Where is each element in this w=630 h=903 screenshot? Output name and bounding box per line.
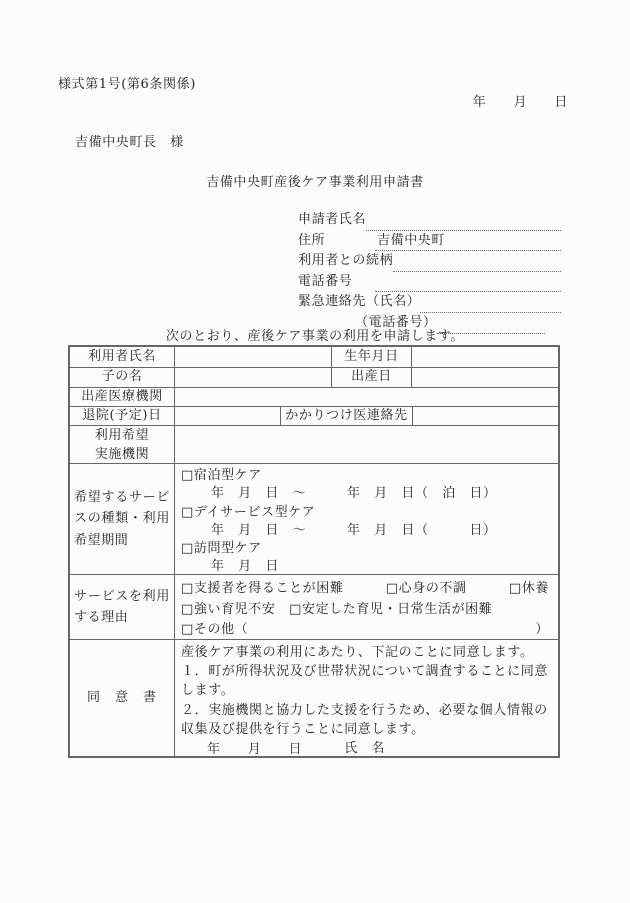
service-option-stay-period: 年 月 日 ～ 年 月 日（ 泊 日） <box>181 485 552 503</box>
service-option-stay: □宿泊型ケア <box>181 467 552 485</box>
table-row-consent: 同 意 書 産後ケア事業の利用にあたり、下記のことに同意します。 １．町が所得状… <box>70 639 558 756</box>
emergency-name-row: 緊急連絡先（氏名） <box>298 292 561 313</box>
reason-checkbox-other: □その他（ <box>181 620 248 639</box>
consent-label: 同 意 書 <box>70 640 174 756</box>
form-number: 様式第1号(第6条関係) <box>58 75 196 95</box>
postpartum-care-application-form: 様式第1号(第6条関係) 年 月 日 吉備中央町長 様 吉備中央町産後ケア事業利… <box>0 0 630 903</box>
child-name-cell <box>174 368 331 387</box>
relation-field <box>393 267 561 272</box>
reason-checkbox-unwell: □心身の不調 <box>386 579 467 600</box>
declaration-sentence: 次のとおり、産後ケア事業の利用を申請します。 <box>0 327 630 347</box>
hospital-label: 出産医療機関 <box>70 388 174 406</box>
hospital-cell <box>174 388 558 406</box>
consent-signature-field: 氏 名 <box>342 739 532 756</box>
service-option-dayservice-period: 年 月 日 ～ 年 月 日（ 日） <box>181 522 552 540</box>
reason-row1: □支援者を得ることが困難 □心身の不調 □休養 <box>181 579 549 600</box>
facility-label-line2: 実施機関 <box>95 445 149 464</box>
discharge-cell <box>174 407 280 425</box>
table-row-child-name: 子の名 出産日 <box>70 367 558 387</box>
reason-checkbox-rest: □休養 <box>509 579 549 600</box>
date-line: 年 月 日 <box>473 93 568 113</box>
birth-date-label: 生年月日 <box>331 347 411 367</box>
phone-row: 電話番号 <box>298 272 561 293</box>
reason-checkbox-no-supporter: □支援者を得ることが困難 <box>181 579 343 600</box>
consent-item-1: １．町が所得状況及び世帯状況について調査することに同意します。 <box>181 662 550 700</box>
table-row-reason: サービスを利用する理由 □支援者を得ることが困難 □心身の不調 □休養 □強い育… <box>70 574 558 639</box>
service-option-visit-period: 年 月 日 <box>181 558 552 574</box>
facility-cell <box>174 426 558 463</box>
reason-row3: □その他（ ） <box>181 620 549 639</box>
consent-signature-row: 年 月 日 氏 名 <box>181 739 550 756</box>
consent-item-2: ２．実施機関と協力した支援を行うため、必要な個人情報の収集及び提供を行うことに同… <box>181 701 550 739</box>
table-row-hospital: 出産医療機関 <box>70 387 558 406</box>
user-name-cell <box>174 347 331 367</box>
address-row: 住所 吉備中央町 <box>298 231 561 252</box>
reason-cell: □支援者を得ることが困難 □心身の不調 □休養 □強い育児不安 □安定した育児・… <box>174 575 558 639</box>
page-title: 吉備中央町産後ケア事業利用申請書 <box>0 173 630 193</box>
reason-other-close-paren: ） <box>535 620 549 639</box>
table-row-service-type: 希望するサービスの種類・利用希望期間 □宿泊型ケア 年 月 日 ～ 年 月 日（… <box>70 463 558 574</box>
applicant-name-label: 申請者氏名 <box>298 210 366 231</box>
consent-date: 年 月 日 <box>207 740 302 756</box>
reason-row2: □強い育児不安 □安定した育児・日常生活が困難 <box>181 600 549 621</box>
table-row-facility: 利用希望 実施機関 <box>70 425 558 463</box>
phone-label: 電話番号 <box>298 272 375 293</box>
reason-label: サービスを利用する理由 <box>74 586 170 629</box>
service-option-visit: □訪問型ケア <box>181 540 552 558</box>
addressee: 吉備中央町長 様 <box>75 133 184 153</box>
relation-row: 利用者との続柄 <box>298 251 561 272</box>
primary-doctor-label: かかりつけ医連絡先 <box>280 407 412 425</box>
reason-label-cell: サービスを利用する理由 <box>70 575 174 639</box>
relation-label: 利用者との続柄 <box>298 251 393 272</box>
discharge-label: 退院(予定)日 <box>70 407 174 425</box>
service-option-dayservice: □デイサービス型ケア <box>181 504 552 522</box>
applicant-info-block: 申請者氏名 住所 吉備中央町 利用者との続柄 電話番号 緊急連絡先（氏名） （電… <box>298 210 561 334</box>
emergency-name-label: 緊急連絡先（氏名） <box>298 292 420 313</box>
birth-date-cell <box>411 347 558 367</box>
address-value: 吉備中央町 <box>375 231 561 252</box>
delivery-date-cell <box>411 368 558 387</box>
facility-label-line1: 利用希望 <box>95 426 149 445</box>
primary-doctor-cell <box>412 407 558 425</box>
table-row-discharge: 退院(予定)日 かかりつけ医連絡先 <box>70 406 558 425</box>
user-name-label: 利用者氏名 <box>70 347 174 367</box>
consent-cell: 産後ケア事業の利用にあたり、下記のことに同意します。 １．町が所得状況及び世帯状… <box>174 640 558 756</box>
child-name-label: 子の名 <box>70 368 174 387</box>
facility-label: 利用希望 実施機関 <box>70 426 174 463</box>
delivery-date-label: 出産日 <box>331 368 411 387</box>
applicant-name-row: 申請者氏名 <box>298 210 561 231</box>
consent-intro: 産後ケア事業の利用にあたり、下記のことに同意します。 <box>181 643 550 662</box>
service-type-label-cell: 希望するサービスの種類・利用希望期間 <box>70 464 174 574</box>
table-row-user-name: 利用者氏名 生年月日 <box>70 347 558 367</box>
service-type-label: 希望するサービスの種類・利用希望期間 <box>74 487 170 552</box>
service-type-cell: □宿泊型ケア 年 月 日 ～ 年 月 日（ 泊 日） □デイサービス型ケア 年 … <box>174 464 558 574</box>
application-table: 利用者氏名 生年月日 子の名 出産日 出産医療機関 退院(予定)日 かかりつけ医… <box>68 345 560 758</box>
emergency-name-field <box>420 308 561 313</box>
address-label: 住所 <box>298 231 375 252</box>
